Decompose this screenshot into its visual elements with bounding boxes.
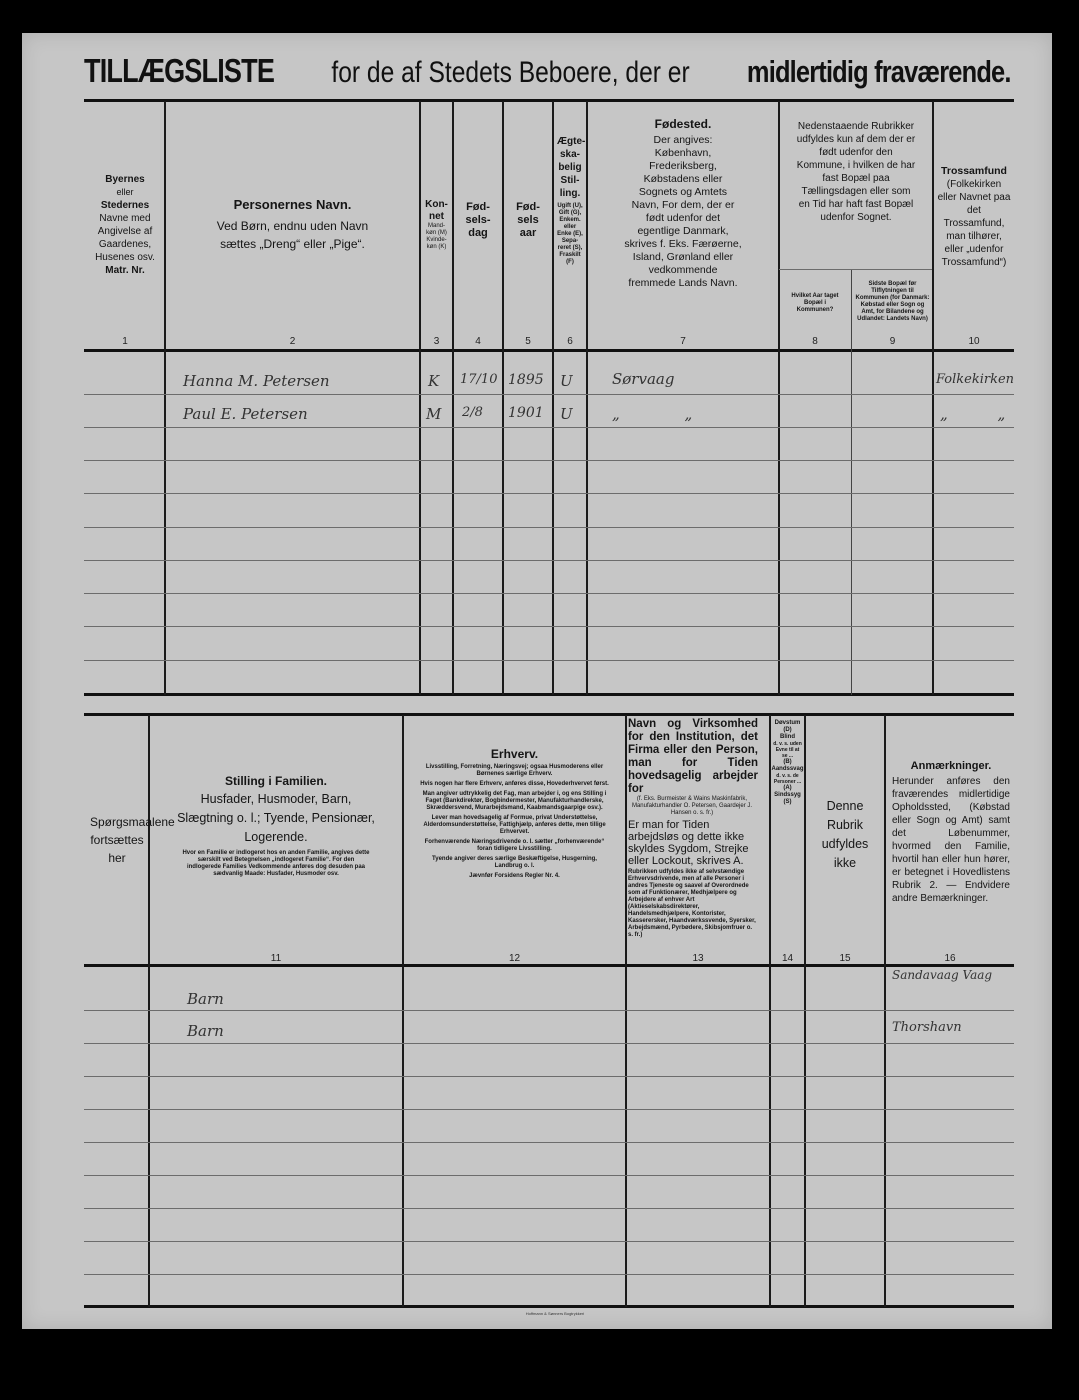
header-col-9: Sidste Bopæl før Tilflytningen til Kommu… <box>853 272 932 332</box>
col-divider <box>778 101 780 695</box>
header-text: Aandssvag <box>771 766 803 773</box>
header-heading: Anmærkninger. <box>911 760 992 773</box>
cell-religion: „ „ <box>940 405 1005 423</box>
col-number: 2 <box>166 336 419 347</box>
cell-family-position: Barn <box>187 990 224 1008</box>
header-col-11: Stilling i Familien. Husfader, Husmoder,… <box>152 775 400 895</box>
side-note: Spørgsmaalene fortsættes her <box>86 800 148 880</box>
header-text: d. v. s. uden Evne til at se ... <box>773 741 803 759</box>
col-number: 11 <box>150 953 402 964</box>
rule <box>84 99 1014 102</box>
cell-sex: M <box>426 405 441 423</box>
row-line <box>84 1175 1014 1176</box>
header-text: Angivelse af <box>98 225 152 238</box>
col-divider <box>452 101 454 695</box>
header-text: Husenes osv. <box>95 251 155 264</box>
printer-credit: Hoffmann & Sønners Bogtrykkeri <box>500 1311 610 1316</box>
header-text: Stedernes <box>101 199 149 212</box>
row-line <box>84 493 1014 494</box>
header-text: eller <box>116 186 133 199</box>
title-emphasis: midlertidig fraværende. <box>747 54 1011 90</box>
row-line <box>84 626 1014 627</box>
header-text: Byernes <box>105 173 144 186</box>
row-line <box>84 660 1014 661</box>
header-note: Rubrikken udfyldes ikke af selvstændige … <box>628 869 756 939</box>
col-number: 8 <box>780 336 850 347</box>
row-line <box>84 1010 1014 1011</box>
header-text: (B) <box>783 759 791 766</box>
header-text: Herunder anføres den fraværendes midlert… <box>892 775 1010 905</box>
row-line <box>84 1043 1014 1044</box>
col-number: 3 <box>421 336 452 347</box>
header-text: Matr. Nr. <box>105 264 144 277</box>
header-heading: Fød- sels- dag <box>463 201 493 240</box>
cell-sex: K <box>428 372 439 390</box>
header-col-1: Byernes eller Stedernes Navne med Angive… <box>86 160 164 290</box>
row-line <box>84 1076 1014 1077</box>
header-text: Mand- køn (M) Kvinde- køn (K) <box>424 223 450 251</box>
header-text: (A) <box>783 785 791 792</box>
header-col-8-9: Nedenstaaende Rubrikker udfyldes kun af … <box>782 120 930 250</box>
side-note-text: Spørgsmaalene fortsættes her <box>90 813 144 867</box>
header-col-10: Trossamfund (Folkekirken eller Navnet pa… <box>934 165 1014 275</box>
header-text: (Folkekirken eller Navnet paa det Trossa… <box>937 178 1011 269</box>
header-text: Døvstum <box>775 720 801 727</box>
col-number: 14 <box>771 953 804 964</box>
header-col-2: Personernes Navn. Ved Børn, endnu uden N… <box>170 190 415 260</box>
header-text: Navne med <box>99 212 150 225</box>
col-number: 4 <box>454 336 502 347</box>
col-divider <box>148 715 150 1307</box>
header-text: Forhenværende Næringsdrivende o. l. sætt… <box>420 839 610 853</box>
header-heading: Personernes Navn. <box>234 198 352 211</box>
col-number: 9 <box>853 336 932 347</box>
rule <box>84 713 1014 716</box>
col-number: 6 <box>554 336 586 347</box>
header-col-14: Døvstum (D) Blind d. v. s. uden Evne til… <box>771 720 804 940</box>
col-number: 16 <box>886 953 1014 964</box>
header-heading: Trossamfund <box>941 165 1007 178</box>
col-divider <box>625 715 627 1307</box>
cell-marital: U <box>560 372 573 390</box>
cell-birthplace: „ „ <box>612 405 692 423</box>
header-col-16: Anmærkninger. Herunder anføres den fravæ… <box>888 760 1014 910</box>
header-text: Jævnfør Forsidens Regler Nr. 4. <box>420 873 610 880</box>
cell-marital: U <box>560 405 573 423</box>
col-number: 12 <box>404 953 625 964</box>
header-text: (S) <box>784 799 792 806</box>
header-heading: Fødested. <box>655 118 712 131</box>
header-col-4: Fød- sels- dag <box>454 195 502 245</box>
header-text: (D) <box>783 727 791 734</box>
row-line <box>84 560 1014 561</box>
col-number: 1 <box>86 336 164 347</box>
header-note: Hvor en Familie er indlogeret hos en and… <box>181 850 371 878</box>
header-text: Tyende angiver deres særlige Beskæftigel… <box>420 856 610 870</box>
header-text: Gaardenes, <box>99 238 151 251</box>
col-number: 5 <box>504 336 552 347</box>
header-text: Sindssyg <box>774 792 801 799</box>
header-text: Sidste Bopæl før Tilflytningen til Kommu… <box>855 281 931 323</box>
rule <box>84 349 1014 352</box>
header-text: Ved Børn, endnu uden Navn sættes „Dreng“… <box>203 217 383 253</box>
header-text: Ugift (U), Gift (G), Enkem. eller Enke (… <box>556 203 584 266</box>
header-col-8: Hvilket Aar taget Bopæl i Kommunen? <box>780 276 850 331</box>
row-line <box>84 1109 1014 1110</box>
header-text: Hvilket Aar taget Bopæl i Kommunen? <box>790 293 840 314</box>
col-divider <box>851 270 852 695</box>
header-col-12: Erhverv. Livsstilling, Forretning, Nærin… <box>408 748 621 938</box>
col-number: 10 <box>934 336 1014 347</box>
header-col-6: Ægte- ska- belig Stil- ling. Ugift (U), … <box>554 135 586 320</box>
header-text: Denne Rubrik udfyldes ikke <box>817 797 873 873</box>
col-number: 15 <box>806 953 884 964</box>
col-divider <box>502 101 504 695</box>
header-text: Man angiver udtrykkelig det Fag, man arb… <box>420 791 610 812</box>
header-text: Nedenstaaende Rubrikker udfyldes kun af … <box>796 120 916 224</box>
header-heading: Stilling i Familien. <box>225 775 327 788</box>
header-col-3: Kon- net Mand- køn (M) Kvinde- køn (K) <box>421 180 452 270</box>
subheader-rule <box>779 269 932 270</box>
row-line <box>84 394 1014 395</box>
row-line <box>84 427 1014 428</box>
cell-birthday: 17/10 <box>460 372 497 387</box>
cell-name: Paul E. Petersen <box>183 405 308 423</box>
header-heading: Ægte- ska- belig Stil- ling. <box>557 135 583 200</box>
rule <box>84 1305 1014 1308</box>
row-line <box>84 1142 1014 1143</box>
header-text: Er man for Tiden arbejdsløs og dette ikk… <box>628 819 758 867</box>
cell-birthday: 2/8 <box>462 405 483 420</box>
col-divider <box>586 101 588 695</box>
header-text: Livsstilling, Forretning, Næringsvej; og… <box>420 764 610 778</box>
cell-religion: Folkekirken <box>936 372 1014 387</box>
header-col-13: Navn og Virksomhed for den Institution, … <box>628 718 768 948</box>
row-line <box>84 527 1014 528</box>
header-text: Blind <box>780 734 795 741</box>
col-number: 7 <box>588 336 778 347</box>
col-divider <box>884 715 886 1307</box>
cell-birth-year: 1895 <box>508 372 544 388</box>
row-line <box>84 1208 1014 1209</box>
header-heading: Fød- sels aar <box>513 201 543 240</box>
row-line <box>84 1241 1014 1242</box>
header-col-7: Fødested. Der angives: København, Freder… <box>592 118 774 318</box>
cell-name: Hanna M. Petersen <box>183 372 330 390</box>
header-heading: Kon- net <box>425 199 449 223</box>
col-divider <box>164 101 166 695</box>
header-col-15: Denne Rubrik udfyldes ikke <box>806 795 884 875</box>
col-divider <box>402 715 404 1307</box>
header-heading: Erhverv. <box>491 748 538 761</box>
title-middle: for de af Stedets Beboere, der er <box>331 56 689 90</box>
header-heading: Navn og Virksomhed for den Institution, … <box>628 718 758 796</box>
rule <box>84 693 1014 696</box>
row-line <box>84 1274 1014 1275</box>
cell-remarks: Thorshavn <box>892 1020 962 1035</box>
cell-remarks: Sandavaag Vaag <box>892 968 1012 982</box>
rule <box>84 964 1014 967</box>
header-text: Husfader, Husmoder, Barn, Slægtning o. l… <box>176 790 376 847</box>
header-example: (f. Eks. Burmeister & Wains Maskinfabrik… <box>628 796 756 817</box>
header-text: Der angives: København, Frederiksberg, K… <box>624 134 742 290</box>
header-text: d. v. s. de Personer ... <box>773 773 803 785</box>
page-title: TILLÆGSLISTE for de af Stedets Beboere, … <box>84 52 1011 92</box>
row-line <box>84 460 1014 461</box>
header-text: Lever man hovedsagelig af Formue, privat… <box>420 815 610 836</box>
col-number: 13 <box>627 953 769 964</box>
header-text: Hvis nogen har flere Erhverv, anføres di… <box>420 781 610 788</box>
cell-family-position: Barn <box>187 1022 224 1040</box>
header-col-5: Fød- sels aar <box>504 195 552 245</box>
cell-birthplace: Sørvaag <box>612 370 674 388</box>
title-main: TILLÆGSLISTE <box>84 52 274 90</box>
cell-birth-year: 1901 <box>508 405 544 421</box>
row-line <box>84 593 1014 594</box>
